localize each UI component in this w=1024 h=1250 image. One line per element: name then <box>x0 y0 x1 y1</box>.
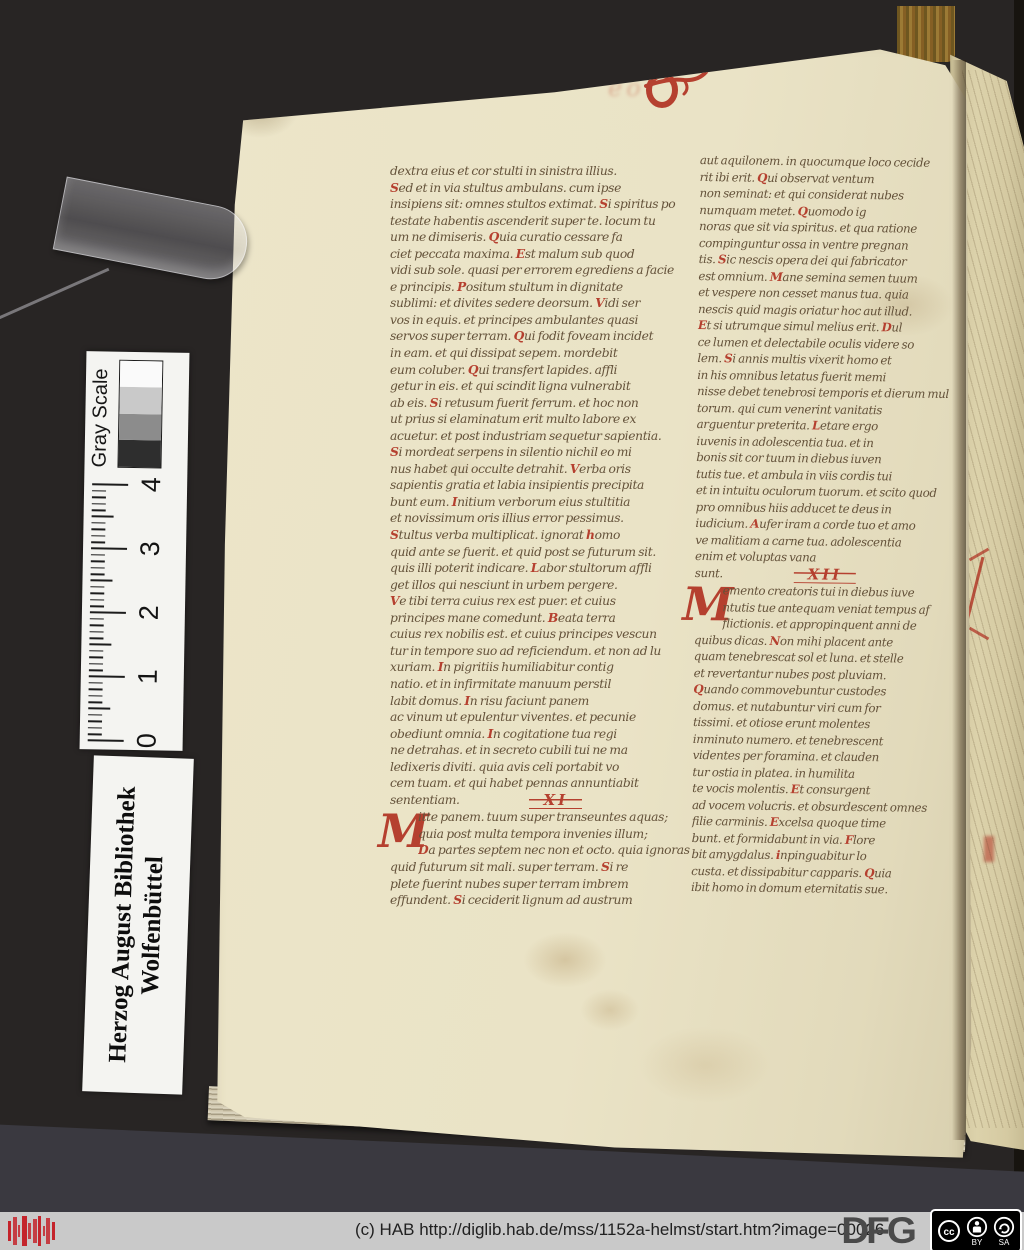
manuscript-line: ledixeris diviti. quia avis celi portabi… <box>390 759 692 776</box>
clip-arm <box>0 268 109 320</box>
manuscript-line: e principis. Positum stultum in dignitat… <box>390 279 692 296</box>
fore-edge-red-bracket-bottom <box>969 627 990 641</box>
library-label: Herzog August Bibliothek Wolfenbüttel <box>82 755 194 1094</box>
gray-patch-light <box>119 387 161 414</box>
manuscript-line: ne detrahas. et in secreto cubili tui ne… <box>390 742 692 759</box>
copyright-url-text: (c) HAB http://diglib.hab.de/mss/1152a-h… <box>355 1220 884 1240</box>
manuscript-line: quid futurum sit mali. super terram. Si … <box>390 859 692 876</box>
manuscript-line: effundent. Si ceciderit lignum ad austru… <box>390 892 692 909</box>
manuscript-line: Si mordeat serpens in silentio nichil eo… <box>390 444 692 461</box>
manuscript-line: acuetur. et post industriam sequetur sap… <box>390 428 692 445</box>
gray-scale-patches <box>117 360 163 469</box>
manuscript-line: um ne dimiseris. Quia curatio cessare fa <box>390 229 692 246</box>
manuscript-line: quid ante se fuerit. et quid post se fut… <box>390 544 692 561</box>
manuscript-line: ut prius si elaminatum erit multo labore… <box>390 411 692 428</box>
grayscale-calibration-card: 01234 Gray Scale <box>80 351 190 751</box>
cc-sa-label: SA <box>999 1239 1010 1247</box>
manuscript-line: nus habet qui occulte detrahit. Verba or… <box>390 461 692 478</box>
library-label-line2: Wolfenbüttel <box>136 856 171 996</box>
manuscript-line: quis illi poterit indicare. Labor stulto… <box>390 560 692 577</box>
text-column-right: aut aquilonem. in quocumque loco cecider… <box>691 152 962 899</box>
gray-patch-white <box>120 361 162 388</box>
manuscript-line: plete fuerint nubes super terram imbrem <box>390 876 692 893</box>
manuscript-line: testate habentis ascenderit super te. lo… <box>390 213 692 230</box>
ruler-number: 2 <box>134 605 165 621</box>
footer-bar: (c) HAB http://diglib.hab.de/mss/1152a-h… <box>0 1212 1024 1250</box>
manuscript-line: ciet peccata maxima. Est malum sub quod <box>390 246 692 263</box>
chapter-number-XI: XI <box>529 792 582 810</box>
manuscript-line: natio. et in infirmitate manuum perstil <box>390 676 692 693</box>
gray-patch-mid <box>119 414 161 441</box>
ruler-ticks <box>88 475 133 742</box>
manuscript-line: principes mane comedunt. Beata terra <box>390 610 692 627</box>
ruler-numbers: 01234 <box>132 468 177 751</box>
gray-patch-dark <box>118 440 160 467</box>
column-right-last-word: sunt. <box>695 565 723 582</box>
manuscript-line: ibit homo in domum eternitatis sue. <box>691 879 953 899</box>
manuscript-page: eo dextra eius et cor stulti in sinistra… <box>215 45 975 1170</box>
manuscript-line: dextra eius et cor stulti in sinistra il… <box>390 163 692 180</box>
ruler-number: 3 <box>135 541 166 557</box>
dfg-logo: DFG <box>841 1210 914 1250</box>
manuscript-line: enim et voluptas vana <box>695 548 957 568</box>
manuscript-line: get illos qui nesciunt in urbem pergere. <box>390 577 692 594</box>
column-left-lines-a: dextra eius et cor stulti in sinistra il… <box>390 163 692 792</box>
manuscript-line: eum coluber. Qui transfert lapides. affl… <box>390 362 692 379</box>
manuscript-line: servos super terram. Qui fodit foveam in… <box>390 328 692 345</box>
column-left-last-word: sententiam. <box>390 792 460 809</box>
manuscript-line: xuriam. In pigritiis humiliabitur contig <box>390 659 692 676</box>
book-endband <box>897 6 955 62</box>
gutter-shadow <box>952 60 966 1140</box>
manuscript-line: in eam. et qui dissipat sepem. mordebit <box>390 345 692 362</box>
manuscript-line: ab eis. Si retusum fuerit ferrum. et hoc… <box>390 395 692 412</box>
column-right-lines-b: M emento creatoris tui in diebus iuventu… <box>691 582 957 899</box>
manuscript-line: vidi sub sole. quasi per errorem egredie… <box>390 262 692 279</box>
column-right-lines-a: aut aquilonem. in quocumque loco cecider… <box>695 152 962 568</box>
manuscript-line: quia post multa tempora invenies illum; <box>418 826 692 843</box>
chapter-number-XII: XII <box>793 566 856 584</box>
manuscript-line: vos in equis. et principes ambulantes qu… <box>390 312 692 329</box>
manuscript-line: bunt eum. Initium verborum eius stultiti… <box>390 494 692 511</box>
gray-scale-label: Gray Scale <box>88 355 113 467</box>
manuscript-line: obediunt omnia. In cogitatione tua regi <box>390 726 692 743</box>
manuscript-line: Stultus verba multiplicat. ignorat homo <box>390 527 692 544</box>
manuscript-line: Da partes septem nec non et octo. quia i… <box>418 842 692 859</box>
text-column-left: dextra eius et cor stulti in sinistra il… <box>390 163 692 909</box>
cc-icon: cc <box>937 1219 961 1243</box>
fore-edge-red-bracket-top <box>969 548 990 562</box>
cc-sa-icon <box>993 1216 1015 1238</box>
manuscript-line: Sed et in via stultus ambulans. cum ipse <box>390 180 692 197</box>
ruler-number: 1 <box>133 669 164 685</box>
quire-signature-mark <box>640 60 710 116</box>
ruler-number: 4 <box>136 477 167 493</box>
chapter-initial-M-XI: M <box>378 811 414 857</box>
manuscript-line: cuius rex nobilis est. et cuius principe… <box>390 626 692 643</box>
library-label-line1: Herzog August Bibliothek <box>103 786 143 1063</box>
manuscript-line: labit domus. In risu faciunt panem <box>390 693 692 710</box>
manuscript-line: sapientis gratia et labia insipientis pr… <box>390 477 692 494</box>
manuscript-line: sublimi: et divites sedere deorsum. Vidi… <box>390 295 692 312</box>
manuscript-line: itte panem. tuum super transeuntes aquas… <box>418 809 692 826</box>
calibration-ruler: 01234 <box>80 467 188 751</box>
cc-by-label: BY <box>972 1239 983 1247</box>
manuscript-line: ac vinum ut epulentur viventes. et pecun… <box>390 709 692 726</box>
fore-edge-red-mark <box>984 836 994 862</box>
cc-by-icon <box>966 1216 988 1238</box>
manuscript-line: Ve tibi terra cuius rex est puer. et cui… <box>390 593 692 610</box>
column-left-lines-b: M itte panem. tuum super transeuntes aqu… <box>390 809 692 908</box>
manuscript-line: tur in tempore suo ad reficiendum. et no… <box>390 643 692 660</box>
cc-license-badge: cc BY SA <box>930 1209 1022 1250</box>
manuscript-line: cem tuam. et qui habet pennas annuntiabi… <box>390 775 692 792</box>
svg-text:cc: cc <box>943 1227 955 1238</box>
chapter-initial-M-XII: M <box>682 584 719 630</box>
manuscript-line: getur in eis. et qui scindit ligna vulne… <box>390 378 692 395</box>
hab-color-mark <box>8 1215 56 1247</box>
ruler-number: 0 <box>132 733 163 749</box>
plexiglass-page-clip <box>53 177 254 286</box>
manuscript-line: insipiens sit: omnes stultos extimat. Si… <box>390 196 692 213</box>
manuscript-line: et novissimum oris illius error pessimus… <box>390 510 692 527</box>
